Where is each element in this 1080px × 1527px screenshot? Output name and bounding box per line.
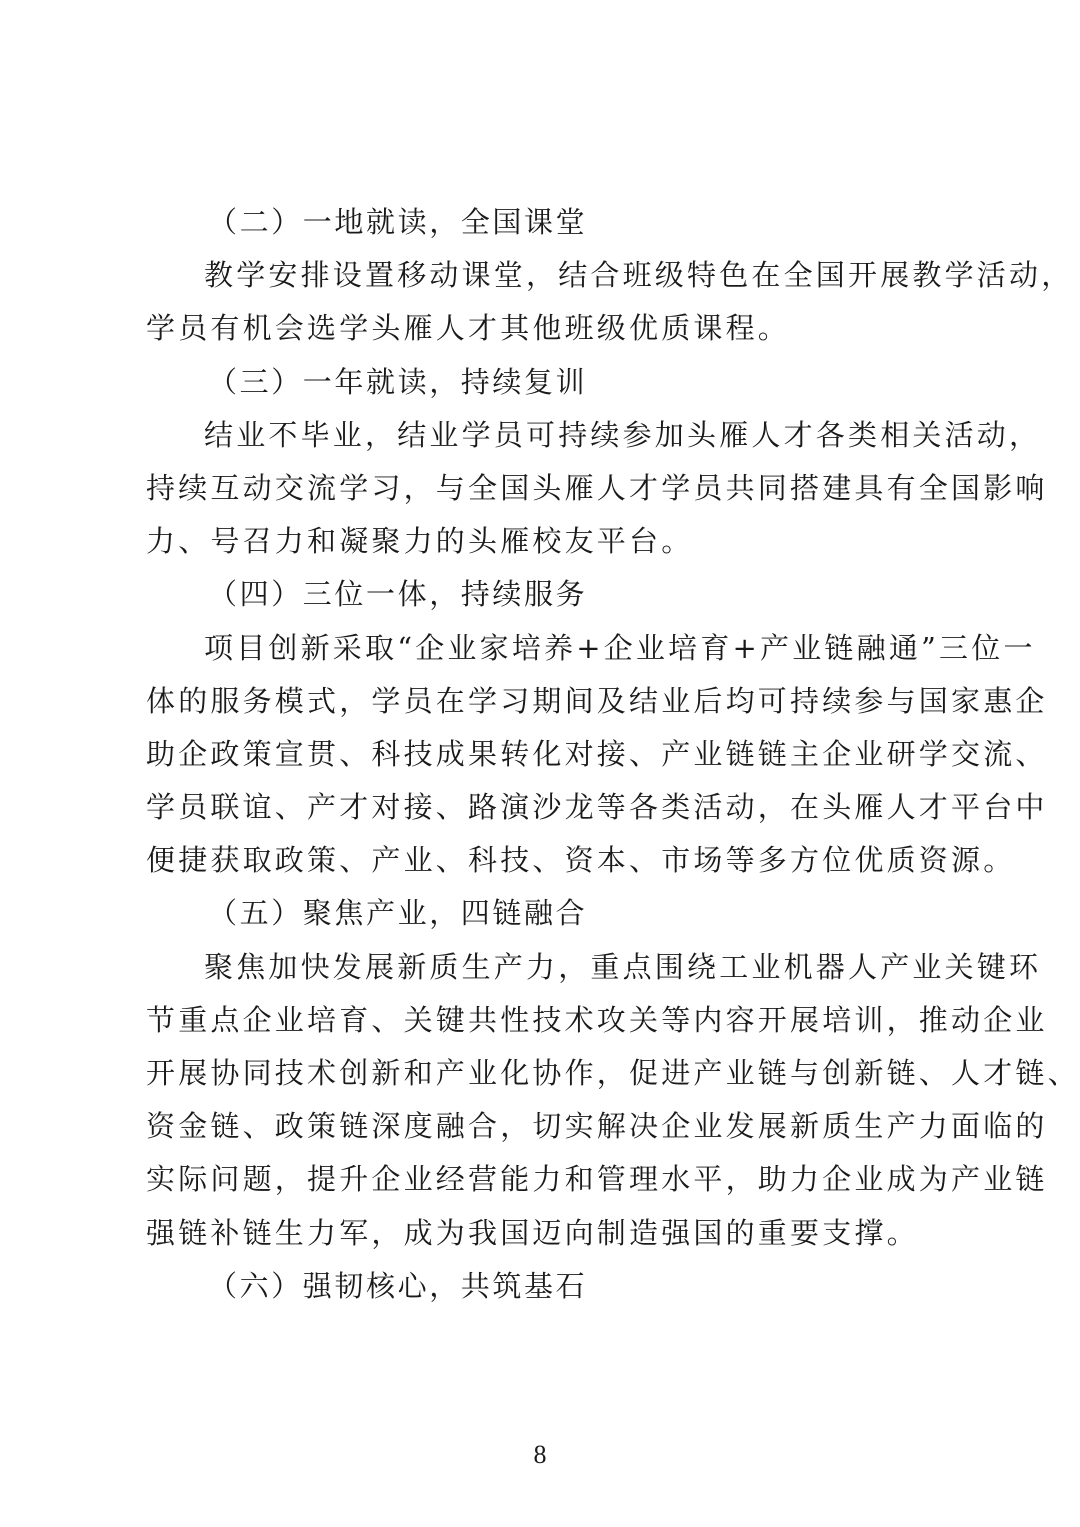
paragraph-line: 项目创新采取“企业家培养+企业培育+产业链融通”三位一: [146, 622, 946, 675]
paragraph-line: 资金链、政策链深度融合，切实解决企业发展新质生产力面临的: [146, 1100, 946, 1153]
paragraph-line: 节重点企业培育、关键共性技术攻关等内容开展培训，推动企业: [146, 994, 946, 1047]
paragraph-line: 体的服务模式，学员在学习期间及结业后均可持续参与国家惠企: [146, 675, 946, 728]
document-page: （二）一地就读，全国课堂 教学安排设置移动课堂，结合班级特色在全国开展教学活动，…: [0, 0, 1080, 1527]
paragraph-line: 学员联谊、产才对接、路演沙龙等各类活动，在头雁人才平台中: [146, 781, 946, 834]
section-heading: （五）聚焦产业，四链融合: [146, 887, 946, 940]
paragraph-line: 力、号召力和凝聚力的头雁校友平台。: [146, 515, 946, 568]
paragraph-line: 便捷获取政策、产业、科技、资本、市场等多方位优质资源。: [146, 834, 946, 887]
section-heading: （二）一地就读，全国课堂: [146, 196, 946, 249]
paragraph-line: 助企政策宣贯、科技成果转化对接、产业链链主企业研学交流、: [146, 728, 946, 781]
paragraph-line: 强链补链生力军，成为我国迈向制造强国的重要支撑。: [146, 1207, 946, 1260]
document-body: （二）一地就读，全国课堂 教学安排设置移动课堂，结合班级特色在全国开展教学活动，…: [146, 196, 946, 1313]
paragraph-line: 开展协同技术创新和产业化协作，促进产业链与创新链、人才链、: [146, 1047, 946, 1100]
paragraph-line: 教学安排设置移动课堂，结合班级特色在全国开展教学活动，: [146, 249, 946, 302]
section-heading: （六）强韧核心，共筑基石: [146, 1260, 946, 1313]
page-number: 8: [0, 1440, 1080, 1470]
paragraph-line: 持续互动交流学习，与全国头雁人才学员共同搭建具有全国影响: [146, 462, 946, 515]
paragraph-line: 实际问题，提升企业经营能力和管理水平，助力企业成为产业链: [146, 1153, 946, 1206]
section-heading: （三）一年就读，持续复训: [146, 356, 946, 409]
paragraph-line: 聚焦加快发展新质生产力，重点围绕工业机器人产业关键环: [146, 941, 946, 994]
paragraph-line: 结业不毕业，结业学员可持续参加头雁人才各类相关活动，: [146, 409, 946, 462]
paragraph-line: 学员有机会选学头雁人才其他班级优质课程。: [146, 302, 946, 355]
section-heading: （四）三位一体，持续服务: [146, 568, 946, 621]
